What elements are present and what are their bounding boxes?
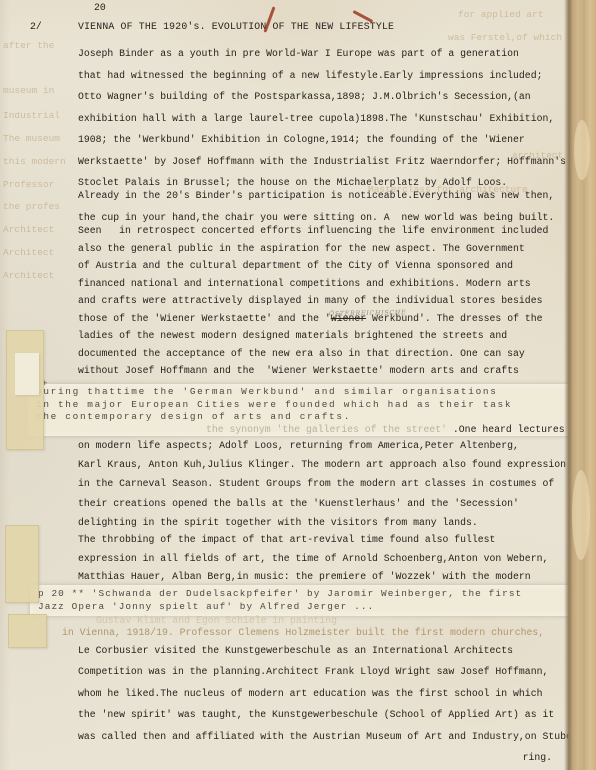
ghost-fragment: The museum	[3, 133, 60, 144]
text-line: was called then and affiliated with the …	[78, 726, 592, 747]
ghost-fragment: was Ferstel,of which	[448, 32, 562, 43]
text-line: those of the 'Wiener Werkstaette' and th…	[78, 310, 592, 328]
text-line: financed national and international comp…	[78, 275, 592, 293]
text-line: p 20 ** 'Schwanda der Dudelsackpfeifer' …	[38, 587, 574, 600]
page-binding-edge	[564, 0, 596, 770]
text-line: documented the acceptance of the new era…	[78, 345, 592, 363]
text-line: Seen in retrospect concerted efforts inf…	[78, 222, 592, 240]
ghost-fragment: Industrial	[3, 110, 60, 121]
text-line: their creations opened the balls at the …	[78, 494, 592, 513]
ghost-fragment: for applied art	[458, 9, 544, 20]
text-line: The throbbing of the impact of that art-…	[78, 531, 592, 550]
text-line: on modern life aspects; Adolf Loos, retu…	[78, 436, 592, 455]
text-line: exhibition hall with a large laurel-tree…	[78, 108, 592, 130]
text-line: the synonym 'the galleries of the street…	[36, 424, 574, 437]
text-line: Joseph Binder as a youth in pre World-Wa…	[78, 43, 592, 65]
tape-strip	[8, 614, 47, 648]
ghost-fragment: the profes	[3, 201, 60, 212]
handwritten-annotation: ÖSTERREICHISCHE	[329, 304, 407, 323]
text-line: in the major European Cities were founde…	[36, 399, 574, 412]
ghost-fragment: Professor	[3, 179, 54, 190]
typescript-page: after themuseum inIndustrialThe museumth…	[0, 0, 596, 770]
text-line: ladies of the newest modern designed mat…	[78, 327, 592, 345]
tape-strip-highlight	[15, 353, 39, 395]
ghost-fragment: Architect	[3, 270, 54, 281]
text-line: expression in all fields of art, the tim…	[78, 550, 592, 569]
text-line: Werkstaette' by Josef Hoffmann with the …	[78, 151, 592, 173]
ghost-fragment: in Vienna, 1918/19. Professor Clemens Ho…	[62, 627, 544, 638]
text-line: Already in the 20's Binder's participati…	[78, 185, 592, 207]
ghost-fragment: Architect	[3, 247, 54, 258]
text-line: the contemporary design of arts and craf…	[36, 411, 574, 424]
tape-strip	[5, 525, 39, 603]
text-line: Karl Kraus, Anton Kuh,Julius Klinger. Th…	[78, 455, 592, 474]
ghost-fragment: Gustav Klimt and Egon Schiele in paintin…	[96, 615, 337, 626]
text-line: Competition was in the planning.Architec…	[78, 661, 592, 682]
page-title: VIENNA OF THE 1920's. EVOLUTION OF THE N…	[78, 21, 394, 32]
text-line: Matthias Hauer, Alban Berg,in music: the…	[78, 568, 592, 587]
text-line: without Josef Hoffmann and the 'Wiener W…	[78, 362, 592, 380]
binding-blotch	[572, 470, 590, 560]
text-line: Jazz Opera 'Jonny spielt auf' by Alfred …	[38, 600, 574, 613]
paragraph-lectures: on modern life aspects; Adolf Loos, retu…	[78, 436, 592, 532]
text-line: Otto Wagner's building of the Postsparka…	[78, 86, 592, 108]
paragraph-retrospect: Seen in retrospect concerted efforts inf…	[78, 222, 592, 399]
text-line: ring.	[78, 747, 592, 768]
text-line: of Austria and the cultural department o…	[78, 257, 592, 275]
text-line: that had witnessed the beginning of a ne…	[78, 65, 592, 87]
tape-strip	[6, 330, 44, 450]
paragraph-biography: Joseph Binder as a youth in pre World-Wa…	[78, 43, 592, 194]
ghost-fragment: museum in	[3, 85, 54, 96]
pasted-correction-strip: During+ thattime the 'German Werkbund' a…	[28, 384, 574, 436]
page-number: 20	[94, 2, 106, 13]
paragraph-corbusier: Le Corbusier visited the Kunstgewerbesch…	[78, 640, 592, 768]
pasted-footnote-strip: p 20 ** 'Schwanda der Dudelsackpfeifer' …	[30, 585, 574, 616]
text-line: in the Carneval Season. Student Groups f…	[78, 474, 592, 493]
ghost-fragment: Architect	[3, 224, 54, 235]
paragraph-art-revival: The throbbing of the impact of that art-…	[78, 531, 592, 587]
binding-blotch	[574, 120, 590, 180]
ghost-fragment: after the	[3, 40, 54, 51]
text-line: also the general public in the aspiratio…	[78, 240, 592, 258]
text-line: the 'new spirit' was taught, the Kunstge…	[78, 704, 592, 725]
text-line: 1908; the 'Werkbund' Exhibition in Colog…	[78, 129, 592, 151]
ghost-fragment: this modern	[3, 156, 66, 167]
section-marker: 2/	[30, 21, 42, 32]
text-line: whom he liked.The nucleus of modern art …	[78, 683, 592, 704]
text-line: delighting in the spirit together with t…	[78, 513, 592, 532]
text-line: Le Corbusier visited the Kunstgewerbesch…	[78, 640, 592, 661]
text-line: During+ thattime the 'German Werkbund' a…	[36, 386, 574, 399]
